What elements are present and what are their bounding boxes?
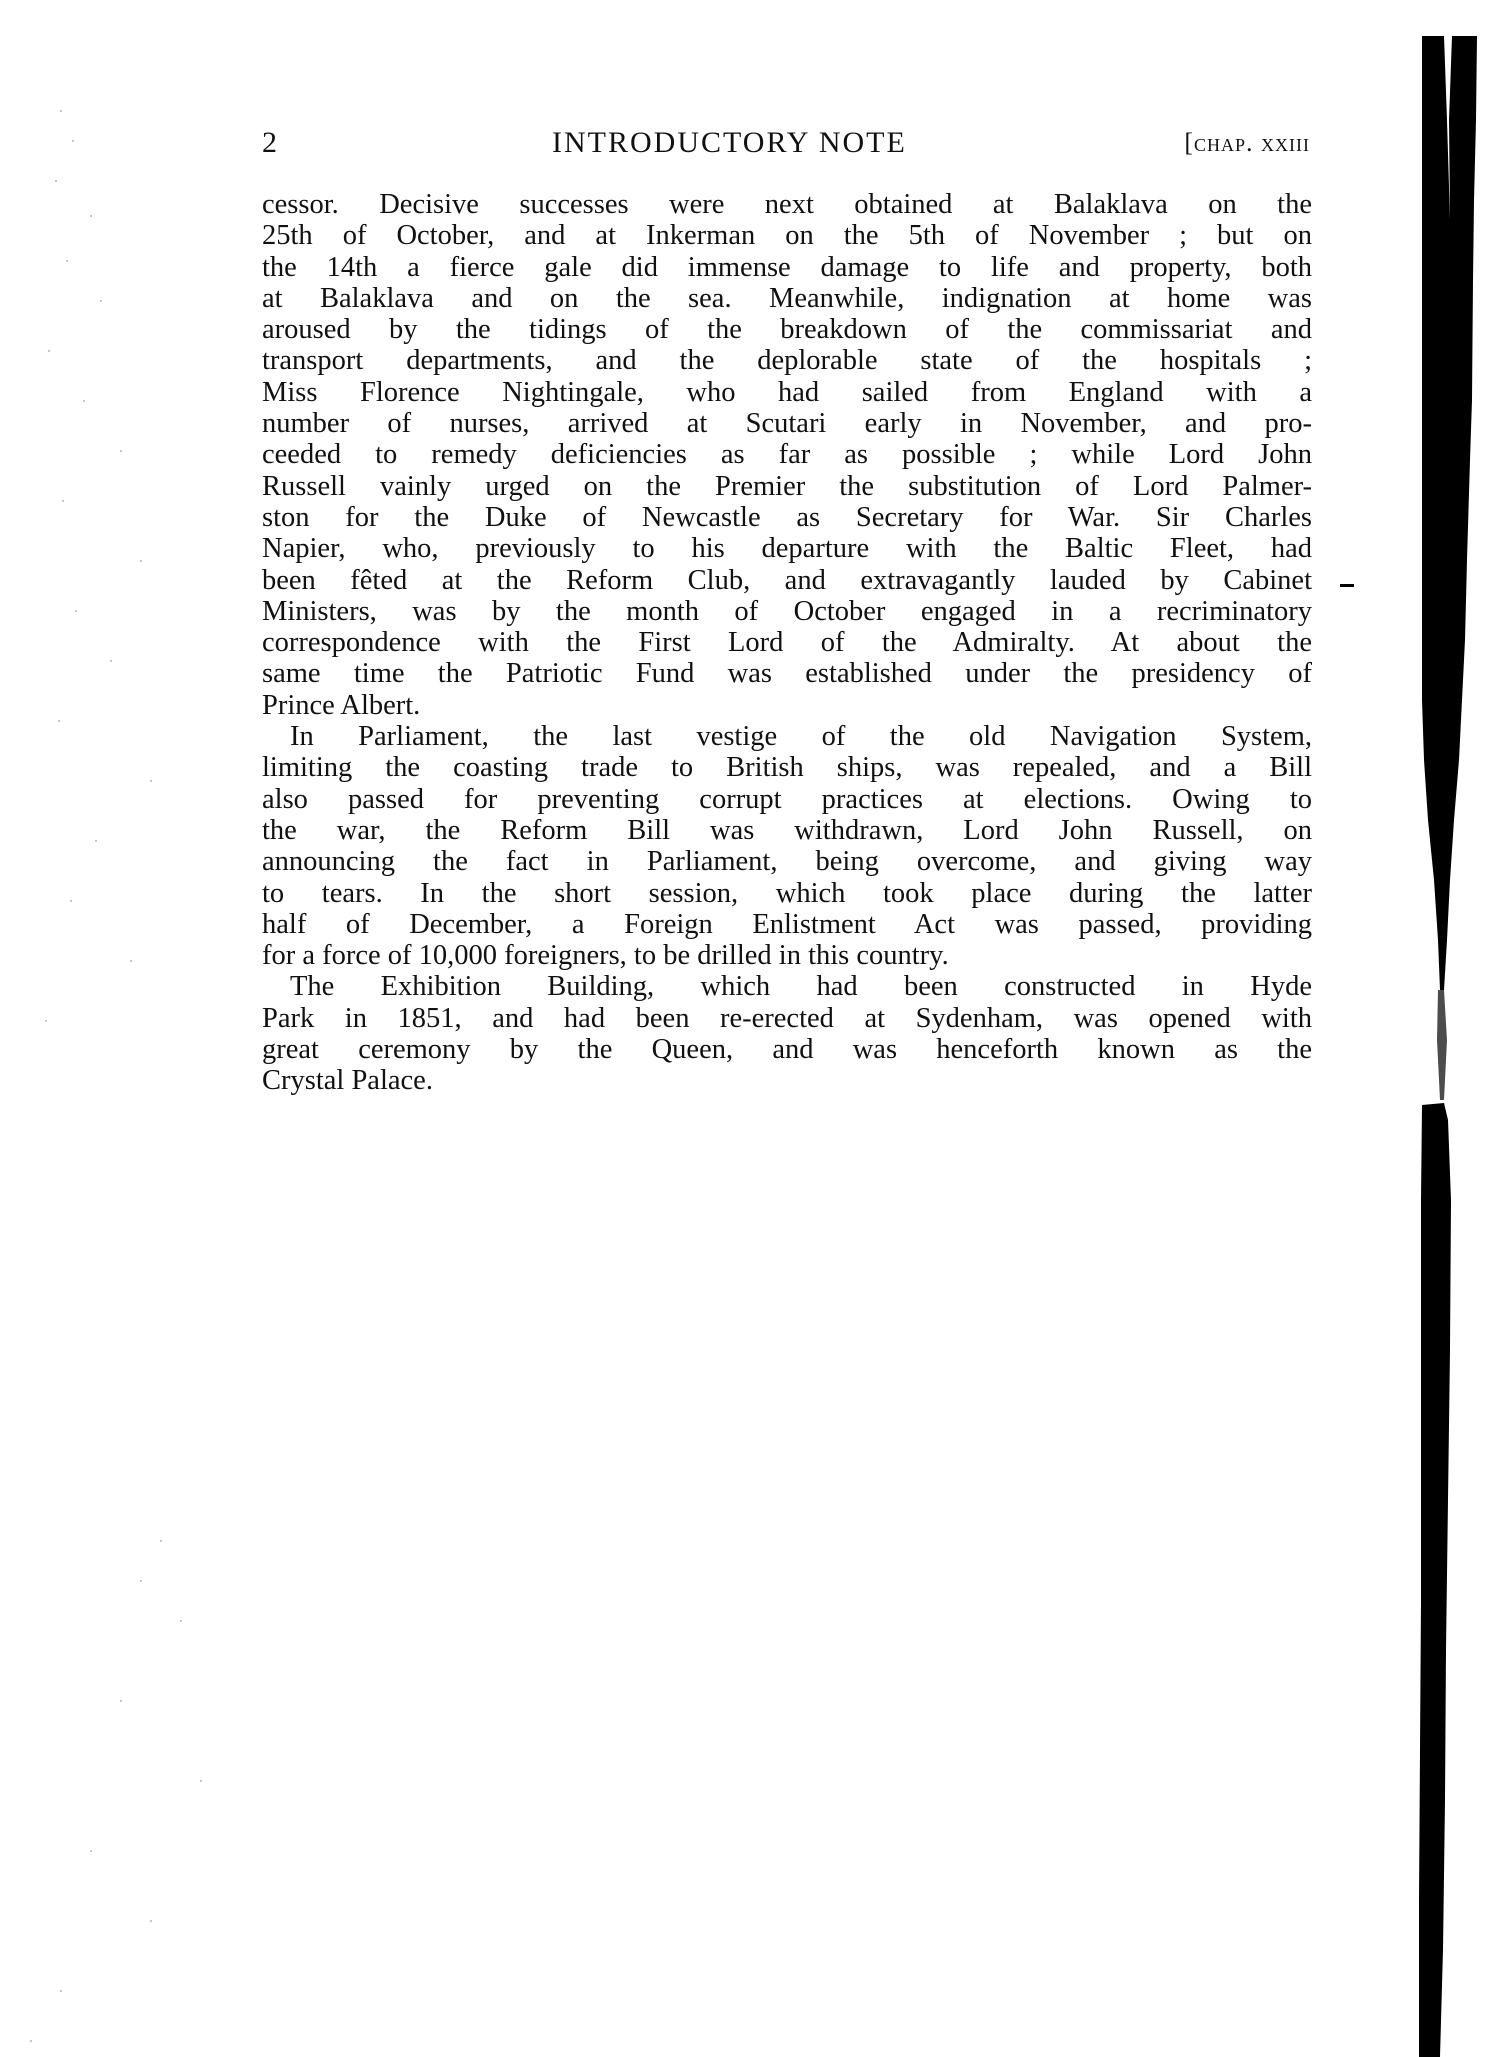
text-line: In Parliament, the last vestige of the o… <box>262 721 1312 752</box>
scanned-book-page: 2 INTRODUCTORY NOTE [chap. xxiii cessor.… <box>0 0 1509 2057</box>
text-line: also passed for preventing corrupt pract… <box>262 784 1312 815</box>
text-line: The Exhibition Building, which had been … <box>262 971 1312 1002</box>
text-line: half of December, a Foreign Enlistment A… <box>262 909 1312 940</box>
text-line: Russell vainly urged on the Premier the … <box>262 471 1312 502</box>
paragraph-1: cessor. Decisive successes were next obt… <box>262 189 1312 721</box>
paragraph-2: In Parliament, the last vestige of the o… <box>262 721 1312 971</box>
text-line: for a force of 10,000 foreigners, to be … <box>262 940 1312 971</box>
text-line: at Balaklava and on the sea. Meanwhile, … <box>262 283 1312 314</box>
text-line: the war, the Reform Bill was withdrawn, … <box>262 815 1312 846</box>
page-number: 2 <box>262 126 277 160</box>
paragraph-3: The Exhibition Building, which had been … <box>262 971 1312 1096</box>
text-line: ston for the Duke of Newcastle as Secret… <box>262 502 1312 533</box>
text-line: to tears. In the short session, which to… <box>262 878 1312 909</box>
text-line: same time the Patriotic Fund was establi… <box>262 658 1312 689</box>
text-line: limiting the coasting trade to British s… <box>262 752 1312 783</box>
text-line: ceeded to remedy deficiencies as far as … <box>262 439 1312 470</box>
text-line: Crystal Palace. <box>262 1065 1312 1096</box>
text-line: Prince Albert. <box>262 690 1312 721</box>
text-line: number of nurses, arrived at Scutari ear… <box>262 408 1312 439</box>
text-line: the 14th a fierce gale did immense damag… <box>262 252 1312 283</box>
chapter-label: [chap. xxiii <box>1184 128 1310 158</box>
body-text: cessor. Decisive successes were next obt… <box>262 189 1312 1097</box>
text-line: aroused by the tidings of the breakdown … <box>262 314 1312 345</box>
text-line: Park in 1851, and had been re-erected at… <box>262 1003 1312 1034</box>
running-head: 2 INTRODUCTORY NOTE [chap. xxiii <box>262 126 1310 166</box>
text-line: 25th of October, and at Inkerman on the … <box>262 220 1312 251</box>
text-line: correspondence with the First Lord of th… <box>262 627 1312 658</box>
text-line: Miss Florence Nightingale, who had saile… <box>262 377 1312 408</box>
page-title: INTRODUCTORY NOTE <box>552 126 907 160</box>
text-line: cessor. Decisive successes were next obt… <box>262 189 1312 220</box>
text-line: transport departments, and the deplorabl… <box>262 345 1312 376</box>
chapter-number: chap. xxiii <box>1194 128 1310 157</box>
text-line: announcing the fact in Parliament, being… <box>262 846 1312 877</box>
text-line: great ceremony by the Queen, and was hen… <box>262 1034 1312 1065</box>
text-line: Napier, who, previously to his departure… <box>262 533 1312 564</box>
scan-noise-left-margin <box>0 0 220 2057</box>
text-line: been fêted at the Reform Club, and extra… <box>262 565 1312 596</box>
text-line: Ministers, was by the month of October e… <box>262 596 1312 627</box>
